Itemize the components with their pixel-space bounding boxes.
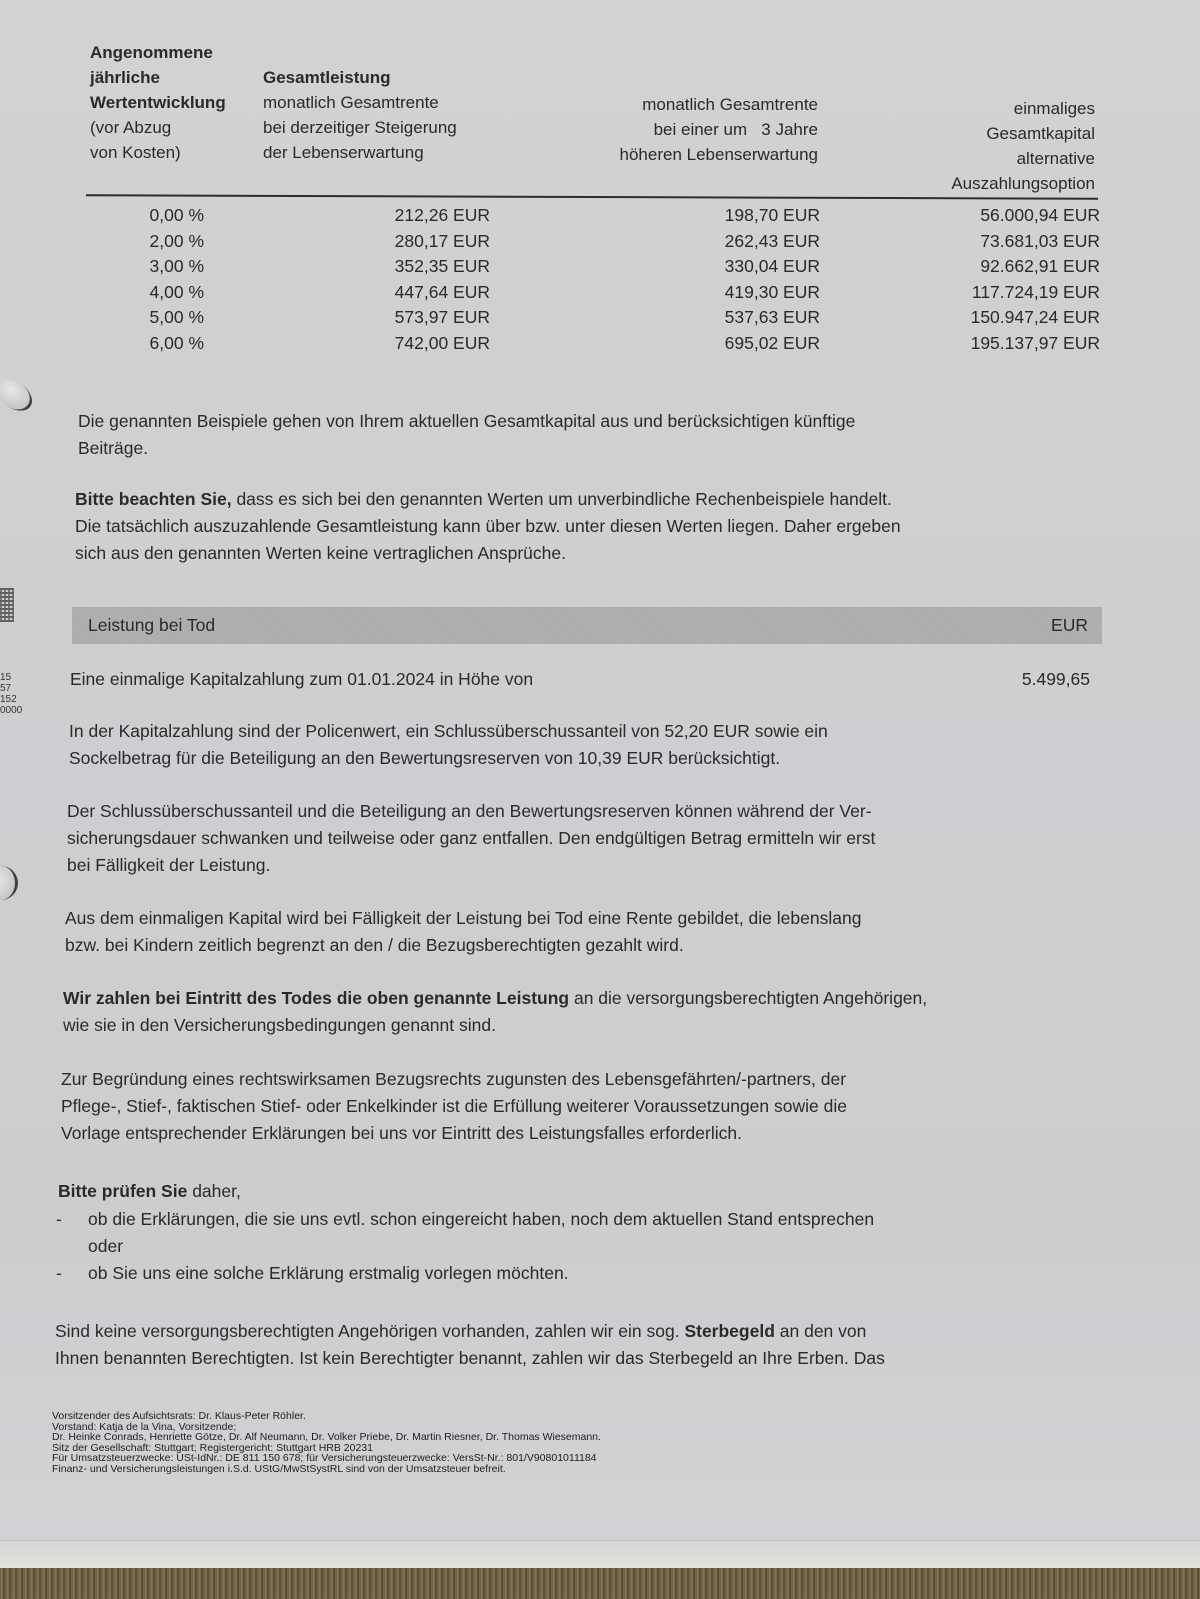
cell-kapital: 92.662,91 EUR [900, 256, 1100, 277]
header-line: der Lebenserwartung [263, 140, 457, 165]
payment-amount: 5.499,65 [1022, 666, 1090, 693]
margin-number: 15 [0, 672, 22, 683]
binder-ring [0, 866, 18, 900]
header-line: alternative [880, 146, 1095, 171]
header-line: (vor Abzug [90, 115, 226, 140]
margin-numbers: 15 57 152 0000 [0, 672, 22, 716]
header-line: Angenommene [90, 40, 226, 65]
cell-rate: 5,00 % [108, 307, 204, 328]
page-edge [0, 1540, 1200, 1570]
margin-number: 152 [0, 694, 22, 705]
paragraph-rente: Aus dem einmaligen Kapital wird bei Fäll… [65, 905, 861, 959]
cell-rate: 3,00 % [108, 256, 204, 277]
paragraph-kapitalzahlung: In der Kapitalzahlung sind der Policenwe… [69, 718, 828, 772]
paragraph-schlussueberschuss: Der Schlussüberschussanteil und die Bete… [67, 798, 875, 879]
cell-rente-current: 352,35 EUR [340, 256, 490, 277]
header-gesamtleistung: Gesamtleistung monatlich Gesamtrente bei… [263, 65, 457, 165]
table-row: 6,00 % 742,00 EUR 695,02 EUR 195.137,97 … [0, 333, 1200, 359]
paragraph-sterbegeld: Sind keine versorgungsberechtigten Angeh… [55, 1318, 885, 1372]
cell-rente-current: 742,00 EUR [340, 333, 490, 354]
bullet-dash: - [56, 1206, 62, 1233]
text-line: Der Schlussüberschussanteil und die Bete… [67, 798, 875, 825]
cell-rente-current: 573,97 EUR [340, 307, 490, 328]
header-line: monatlich Gesamtrente [263, 90, 457, 115]
desk-surface [0, 1568, 1200, 1599]
table-body: 0,00 % 212,26 EUR 198,70 EUR 56.000,94 E… [0, 205, 1200, 358]
binder-ring [0, 373, 38, 417]
text-line: Bitte beachten Sie, dass es sich bei den… [75, 486, 901, 513]
text-line: In der Kapitalzahlung sind der Policenwe… [69, 718, 828, 745]
text-line: ob Sie uns eine solche Erklärung erstmal… [88, 1260, 874, 1287]
text-span: daher, [187, 1181, 241, 1201]
text-line: bzw. bei Kindern zeitlich begrenzt an de… [65, 932, 861, 959]
footer-line: Finanz- und Versicherungsleistungen i.S.… [52, 1464, 601, 1475]
payment-label: Eine einmalige Kapitalzahlung zum 01.01.… [70, 669, 533, 689]
bold-text: Wir zahlen bei Eintritt des Todes die ob… [63, 988, 569, 1008]
cell-rente-current: 212,26 EUR [340, 205, 490, 226]
table-row: 2,00 % 280,17 EUR 262,43 EUR 73.681,03 E… [0, 231, 1200, 257]
cell-rente-current: 280,17 EUR [340, 231, 490, 252]
cell-rate: 6,00 % [108, 333, 204, 354]
table-header: Angenommene jährliche Wertentwicklung (v… [0, 40, 1200, 200]
cell-kapital: 150.947,24 EUR [900, 307, 1100, 328]
text-line: ob die Erklärungen, die sie uns evtl. sc… [88, 1206, 874, 1233]
text-line: Sockelbetrag für die Beteiligung an den … [69, 745, 828, 772]
text-line: wie sie in den Versicherungsbedingungen … [63, 1012, 927, 1039]
cell-rate: 2,00 % [108, 231, 204, 252]
text-line: Die tatsächlich auszuzahlende Gesamtleis… [75, 513, 901, 540]
cell-rate: 4,00 % [108, 282, 204, 303]
kapitalzahlung-row: Eine einmalige Kapitalzahlung zum 01.01.… [70, 666, 1090, 693]
bullet-list: - ob die Erklärungen, die sie uns evtl. … [56, 1206, 874, 1287]
table-row: 5,00 % 573,97 EUR 537,63 EUR 150.947,24 … [0, 307, 1200, 333]
text-line: oder [88, 1233, 874, 1260]
paragraph-bitte-pruefen: Bitte prüfen Sie daher, [58, 1178, 241, 1205]
header-line: bei einer um 3 Jahre [560, 117, 818, 142]
cell-rente-plus3: 695,02 EUR [660, 333, 820, 354]
table-row: 0,00 % 212,26 EUR 198,70 EUR 56.000,94 E… [0, 205, 1200, 231]
header-line: bei derzeitiger Steigerung [263, 115, 457, 140]
text-line: Vorlage entsprechender Erklärungen bei u… [61, 1120, 847, 1147]
cell-kapital: 117.724,19 EUR [900, 282, 1100, 303]
footer-line: Vorsitzender des Aufsichtsrats: Dr. Klau… [52, 1411, 601, 1422]
header-kapital: einmaliges Gesamtkapital alternative Aus… [880, 96, 1095, 196]
text-span: Sind keine versorgungsberechtigten Angeh… [55, 1321, 684, 1341]
header-line: jährliche [90, 65, 226, 90]
text-line: bei Fälligkeit der Leistung. [67, 852, 875, 879]
paragraph-bezugsrecht: Zur Begründung eines rechtswirksamen Bez… [61, 1066, 847, 1147]
text-span: an die versorgungsberechtigten Angehörig… [569, 988, 927, 1008]
text-span: an den von [775, 1321, 866, 1341]
text-span: dass es sich bei den genannten Werten um… [232, 489, 892, 509]
cell-rente-current: 447,64 EUR [340, 282, 490, 303]
header-line: von Kosten) [90, 140, 226, 165]
text-line: Die genannten Beispiele gehen von Ihrem … [78, 408, 855, 435]
bold-text: Sterbegeld [684, 1321, 774, 1341]
list-item: - ob Sie uns eine solche Erklärung erstm… [56, 1260, 874, 1287]
header-wertentwicklung: Angenommene jährliche Wertentwicklung (v… [90, 40, 226, 165]
bullet-dash: - [56, 1260, 62, 1287]
cell-rente-plus3: 198,70 EUR [660, 205, 820, 226]
section-title: Leistung bei Tod [88, 607, 215, 644]
text-line: Bitte prüfen Sie daher, [58, 1178, 241, 1205]
cell-rate: 0,00 % [108, 205, 204, 226]
text-line: Beiträge. [78, 435, 855, 462]
header-line: höheren Lebenserwartung [560, 142, 818, 167]
table-row: 3,00 % 352,35 EUR 330,04 EUR 92.662,91 E… [0, 256, 1200, 282]
document-page: 15 57 152 0000 Angenommene jährliche Wer… [0, 0, 1200, 1560]
cell-kapital: 73.681,03 EUR [900, 231, 1100, 252]
margin-number: 0000 [0, 705, 22, 716]
text-line: Pflege-, Stief-, faktischen Stief- oder … [61, 1093, 847, 1120]
header-line: monatlich Gesamtrente [560, 92, 818, 117]
header-title: Gesamtleistung [263, 65, 457, 90]
section-header-leistung-bei-tod: Leistung bei Tod EUR [72, 607, 1102, 644]
paragraph-hinweis: Bitte beachten Sie, dass es sich bei den… [75, 486, 901, 567]
header-line: Wertentwicklung [90, 90, 226, 115]
text-line: Ihnen benannten Berechtigten. Ist kein B… [55, 1345, 885, 1372]
section-currency: EUR [1051, 607, 1088, 644]
margin-number: 57 [0, 683, 22, 694]
list-item: - ob die Erklärungen, die sie uns evtl. … [56, 1206, 874, 1260]
cell-kapital: 56.000,94 EUR [900, 205, 1100, 226]
company-footer: Vorsitzender des Aufsichtsrats: Dr. Klau… [52, 1411, 601, 1475]
paragraph-beispiele: Die genannten Beispiele gehen von Ihrem … [78, 408, 855, 462]
cell-rente-plus3: 262,43 EUR [660, 231, 820, 252]
cell-rente-plus3: 330,04 EUR [660, 256, 820, 277]
cell-kapital: 195.137,97 EUR [900, 333, 1100, 354]
text-line: Sind keine versorgungsberechtigten Angeh… [55, 1318, 885, 1345]
header-line: Auszahlungsoption [880, 171, 1095, 196]
datamatrix-code [0, 588, 14, 622]
text-line: Zur Begründung eines rechtswirksamen Bez… [61, 1066, 847, 1093]
paragraph-leistung-todesfall: Wir zahlen bei Eintritt des Todes die ob… [63, 985, 927, 1039]
text-line: sicherungsdauer schwanken und teilweise … [67, 825, 875, 852]
text-line: sich aus den genannten Werten keine vert… [75, 540, 901, 567]
bold-text: Bitte beachten Sie, [75, 489, 232, 509]
cell-rente-plus3: 537,63 EUR [660, 307, 820, 328]
header-line: einmaliges [880, 96, 1095, 121]
header-line: Gesamtkapital [880, 121, 1095, 146]
table-row: 4,00 % 447,64 EUR 419,30 EUR 117.724,19 … [0, 282, 1200, 308]
header-rente-plus3: monatlich Gesamtrente bei einer um 3 Jah… [560, 92, 818, 167]
bold-text: Bitte prüfen Sie [58, 1181, 187, 1201]
cell-rente-plus3: 419,30 EUR [660, 282, 820, 303]
text-line: Aus dem einmaligen Kapital wird bei Fäll… [65, 905, 861, 932]
text-line: Wir zahlen bei Eintritt des Todes die ob… [63, 985, 927, 1012]
